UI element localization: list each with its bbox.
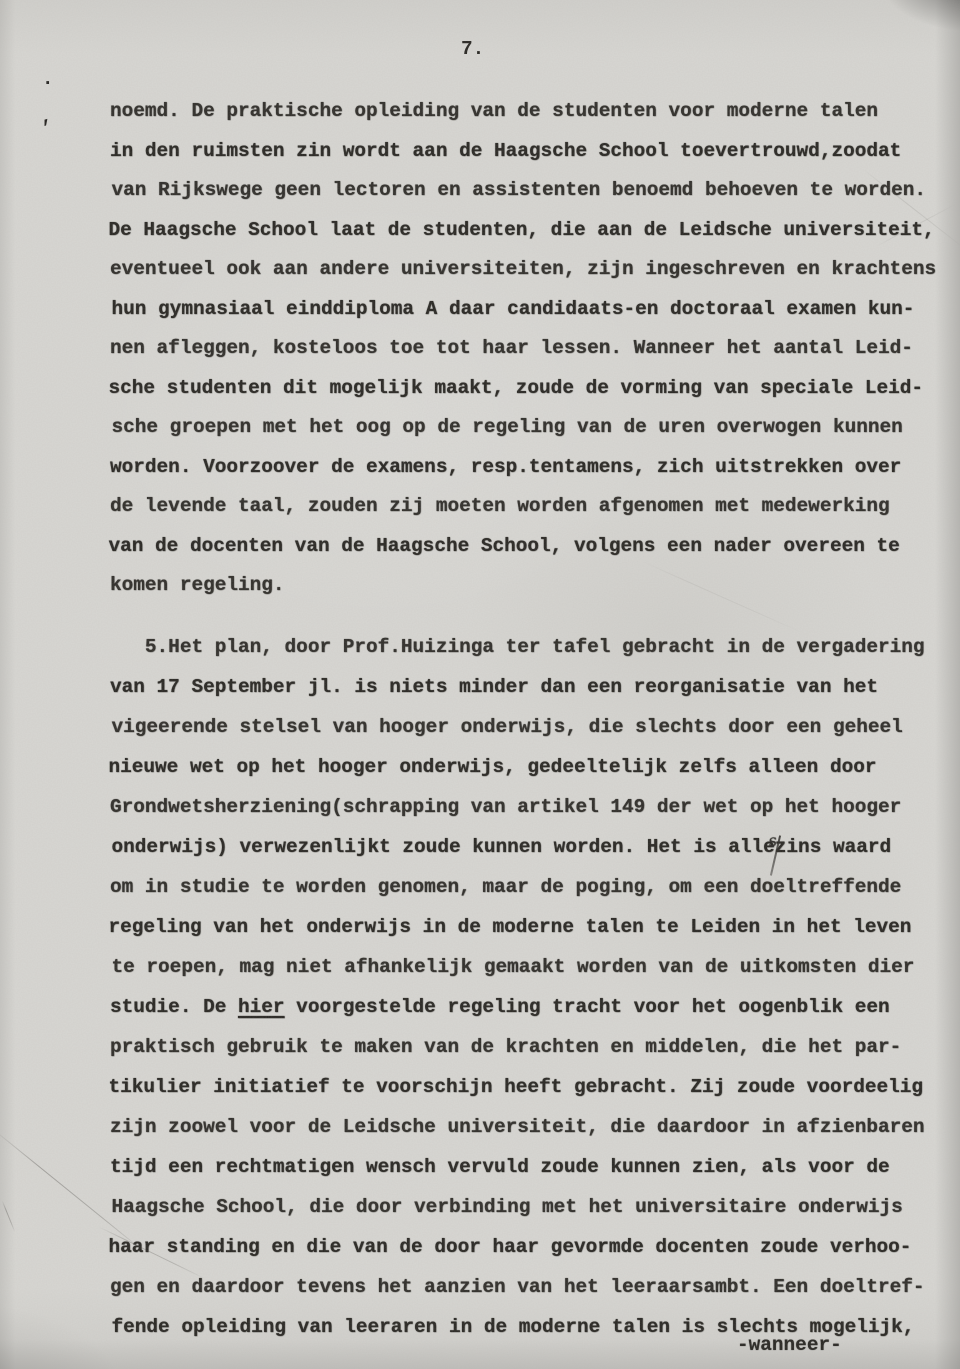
- paragraph: 5.Het plan, door Prof.Huizinga ter tafel…: [110, 627, 925, 1347]
- text-line: zijn zoowel voor de Leidsche universitei…: [110, 1107, 925, 1147]
- text-segment: nieuwe wet op het hooger onderwijs, gede…: [109, 756, 877, 778]
- text-line: praktisch gebruik te maken van de kracht…: [110, 1027, 925, 1067]
- text-line: regeling van het onderwijs in de moderne…: [109, 907, 924, 947]
- text-line: eventueel ook aan andere universiteiten,…: [110, 250, 936, 290]
- text-segment: noemd. De praktische opleiding van de st…: [110, 100, 878, 122]
- text-line: tikulier initiatief te voorschijn heeft …: [109, 1067, 924, 1107]
- text-segment: Haagsche School, die door verbinding met…: [112, 1196, 903, 1218]
- text-line: De Haagsche School laat de studenten, di…: [109, 211, 935, 251]
- scanned-page: 7. noemd. De praktische opleiding van de…: [0, 0, 960, 1369]
- text-segment: nen afleggen, kosteloos toe tot haar les…: [110, 337, 913, 359]
- text-segment: te roepen, mag niet afhankelijk gemaakt …: [112, 956, 915, 978]
- text-segment: van Rijkswege geen lectoren en assistent…: [112, 179, 927, 201]
- text-segment: praktisch gebruik te maken van de kracht…: [110, 1036, 901, 1058]
- text-segment: De Haagsche School laat de studenten, di…: [109, 219, 935, 241]
- text-line: komen regeling.: [110, 566, 936, 606]
- text-line: de levende taal, zouden zij moeten worde…: [110, 487, 936, 527]
- page-number: 7.: [461, 36, 484, 62]
- ink-speck: .: [42, 74, 53, 84]
- text-line: gen en daardoor tevens het aanzien van h…: [110, 1267, 925, 1307]
- text-line: worden. Voorzoover de examens, resp.tent…: [110, 448, 936, 488]
- text-segment: vigeerende stelsel van hooger onderwijs,…: [112, 716, 903, 738]
- text-segment: tijd een rechtmatigen wensch vervuld zou…: [110, 1156, 890, 1178]
- text-segment: zijn zoowel voor de Leidsche universitei…: [110, 1116, 925, 1138]
- text-segment: Grondwetsherziening(schrapping van artik…: [110, 796, 901, 818]
- text-segment: de levende taal, zouden zij moeten worde…: [110, 495, 890, 517]
- text-line: van Rijkswege geen lectoren en assistent…: [112, 171, 938, 211]
- text-segment: worden. Voorzoover de examens, resp.tent…: [110, 456, 901, 478]
- text-segment: haar standing en die van de door haar ge…: [109, 1236, 912, 1258]
- text-segment: in den ruimsten zin wordt aan de Haagsch…: [110, 140, 901, 162]
- text-line: te roepen, mag niet afhankelijk gemaakt …: [112, 947, 927, 987]
- text-segment: sche studenten dit mogelijk maakt, zoude…: [109, 377, 924, 399]
- text-line: studie. De hier voorgestelde regeling tr…: [110, 987, 925, 1027]
- text-segment: gen en daardoor tevens het aanzien van h…: [110, 1276, 925, 1298]
- text-line: onderwijs) verwezenlijkt zoude kunnen wo…: [112, 827, 927, 867]
- text-line: hun gymnasiaal einddiploma A daar candid…: [112, 290, 938, 330]
- text-line: tijd een rechtmatigen wensch vervuld zou…: [110, 1147, 925, 1187]
- text-segment: van 17 September jl. is niets minder dan…: [110, 676, 878, 698]
- text-segment: regeling van het onderwijs in de moderne…: [109, 916, 912, 938]
- text-line: vigeerende stelsel van hooger onderwijs,…: [112, 707, 927, 747]
- ink-speck: ,: [39, 111, 52, 123]
- text-segment: sche groepen met het oog op de regeling …: [112, 416, 903, 438]
- text-line: in den ruimsten zin wordt aan de Haagsch…: [110, 132, 936, 172]
- text-segment: om in studie te worden genomen, maar de …: [110, 876, 901, 898]
- text-line: sche studenten dit mogelijk maakt, zoude…: [109, 369, 935, 409]
- catchword: -wanneer-: [737, 1332, 842, 1358]
- text-segment: komen regeling.: [110, 574, 285, 596]
- text-segment: van de docenten van de Haagsche School, …: [109, 535, 900, 557]
- paragraph: noemd. De praktische opleiding van de st…: [110, 92, 936, 606]
- text-line: nieuwe wet op het hooger onderwijs, gede…: [109, 747, 924, 787]
- text-line: om in studie te worden genomen, maar de …: [110, 867, 925, 907]
- text-segment: 5.Het plan, door Prof.Huizinga ter tafel…: [110, 636, 925, 658]
- text-segment: studie. De: [110, 996, 238, 1018]
- text-line: sche groepen met het oog op de regeling …: [112, 408, 938, 448]
- text-line: Haagsche School, die door verbinding met…: [112, 1187, 927, 1227]
- text-segment: hun gymnasiaal einddiploma A daar candid…: [112, 298, 915, 320]
- typewritten-content: 7. noemd. De praktische opleiding van de…: [0, 0, 960, 1369]
- text-segment: onderwijs) verwezenlijkt zoude kunnen wo…: [112, 836, 775, 858]
- text-segment: eventueel ook aan andere universiteiten,…: [110, 258, 936, 280]
- text-line: van 17 September jl. is niets minder dan…: [110, 667, 925, 707]
- text-line: van de docenten van de Haagsche School, …: [109, 527, 935, 567]
- text-segment: voorgestelde regeling tracht voor het oo…: [285, 996, 890, 1018]
- text-segment: zins waard: [775, 836, 891, 858]
- text-line: Grondwetsherziening(schrapping van artik…: [110, 787, 925, 827]
- text-segment: tikulier initiatief te voorschijn heeft …: [109, 1076, 924, 1098]
- underlined-word: hier: [238, 996, 285, 1018]
- text-line: haar standing en die van de door haar ge…: [109, 1227, 924, 1267]
- text-line: noemd. De praktische opleiding van de st…: [110, 92, 936, 132]
- text-line: nen afleggen, kosteloos toe tot haar les…: [110, 329, 936, 369]
- text-line: 5.Het plan, door Prof.Huizinga ter tafel…: [110, 627, 925, 667]
